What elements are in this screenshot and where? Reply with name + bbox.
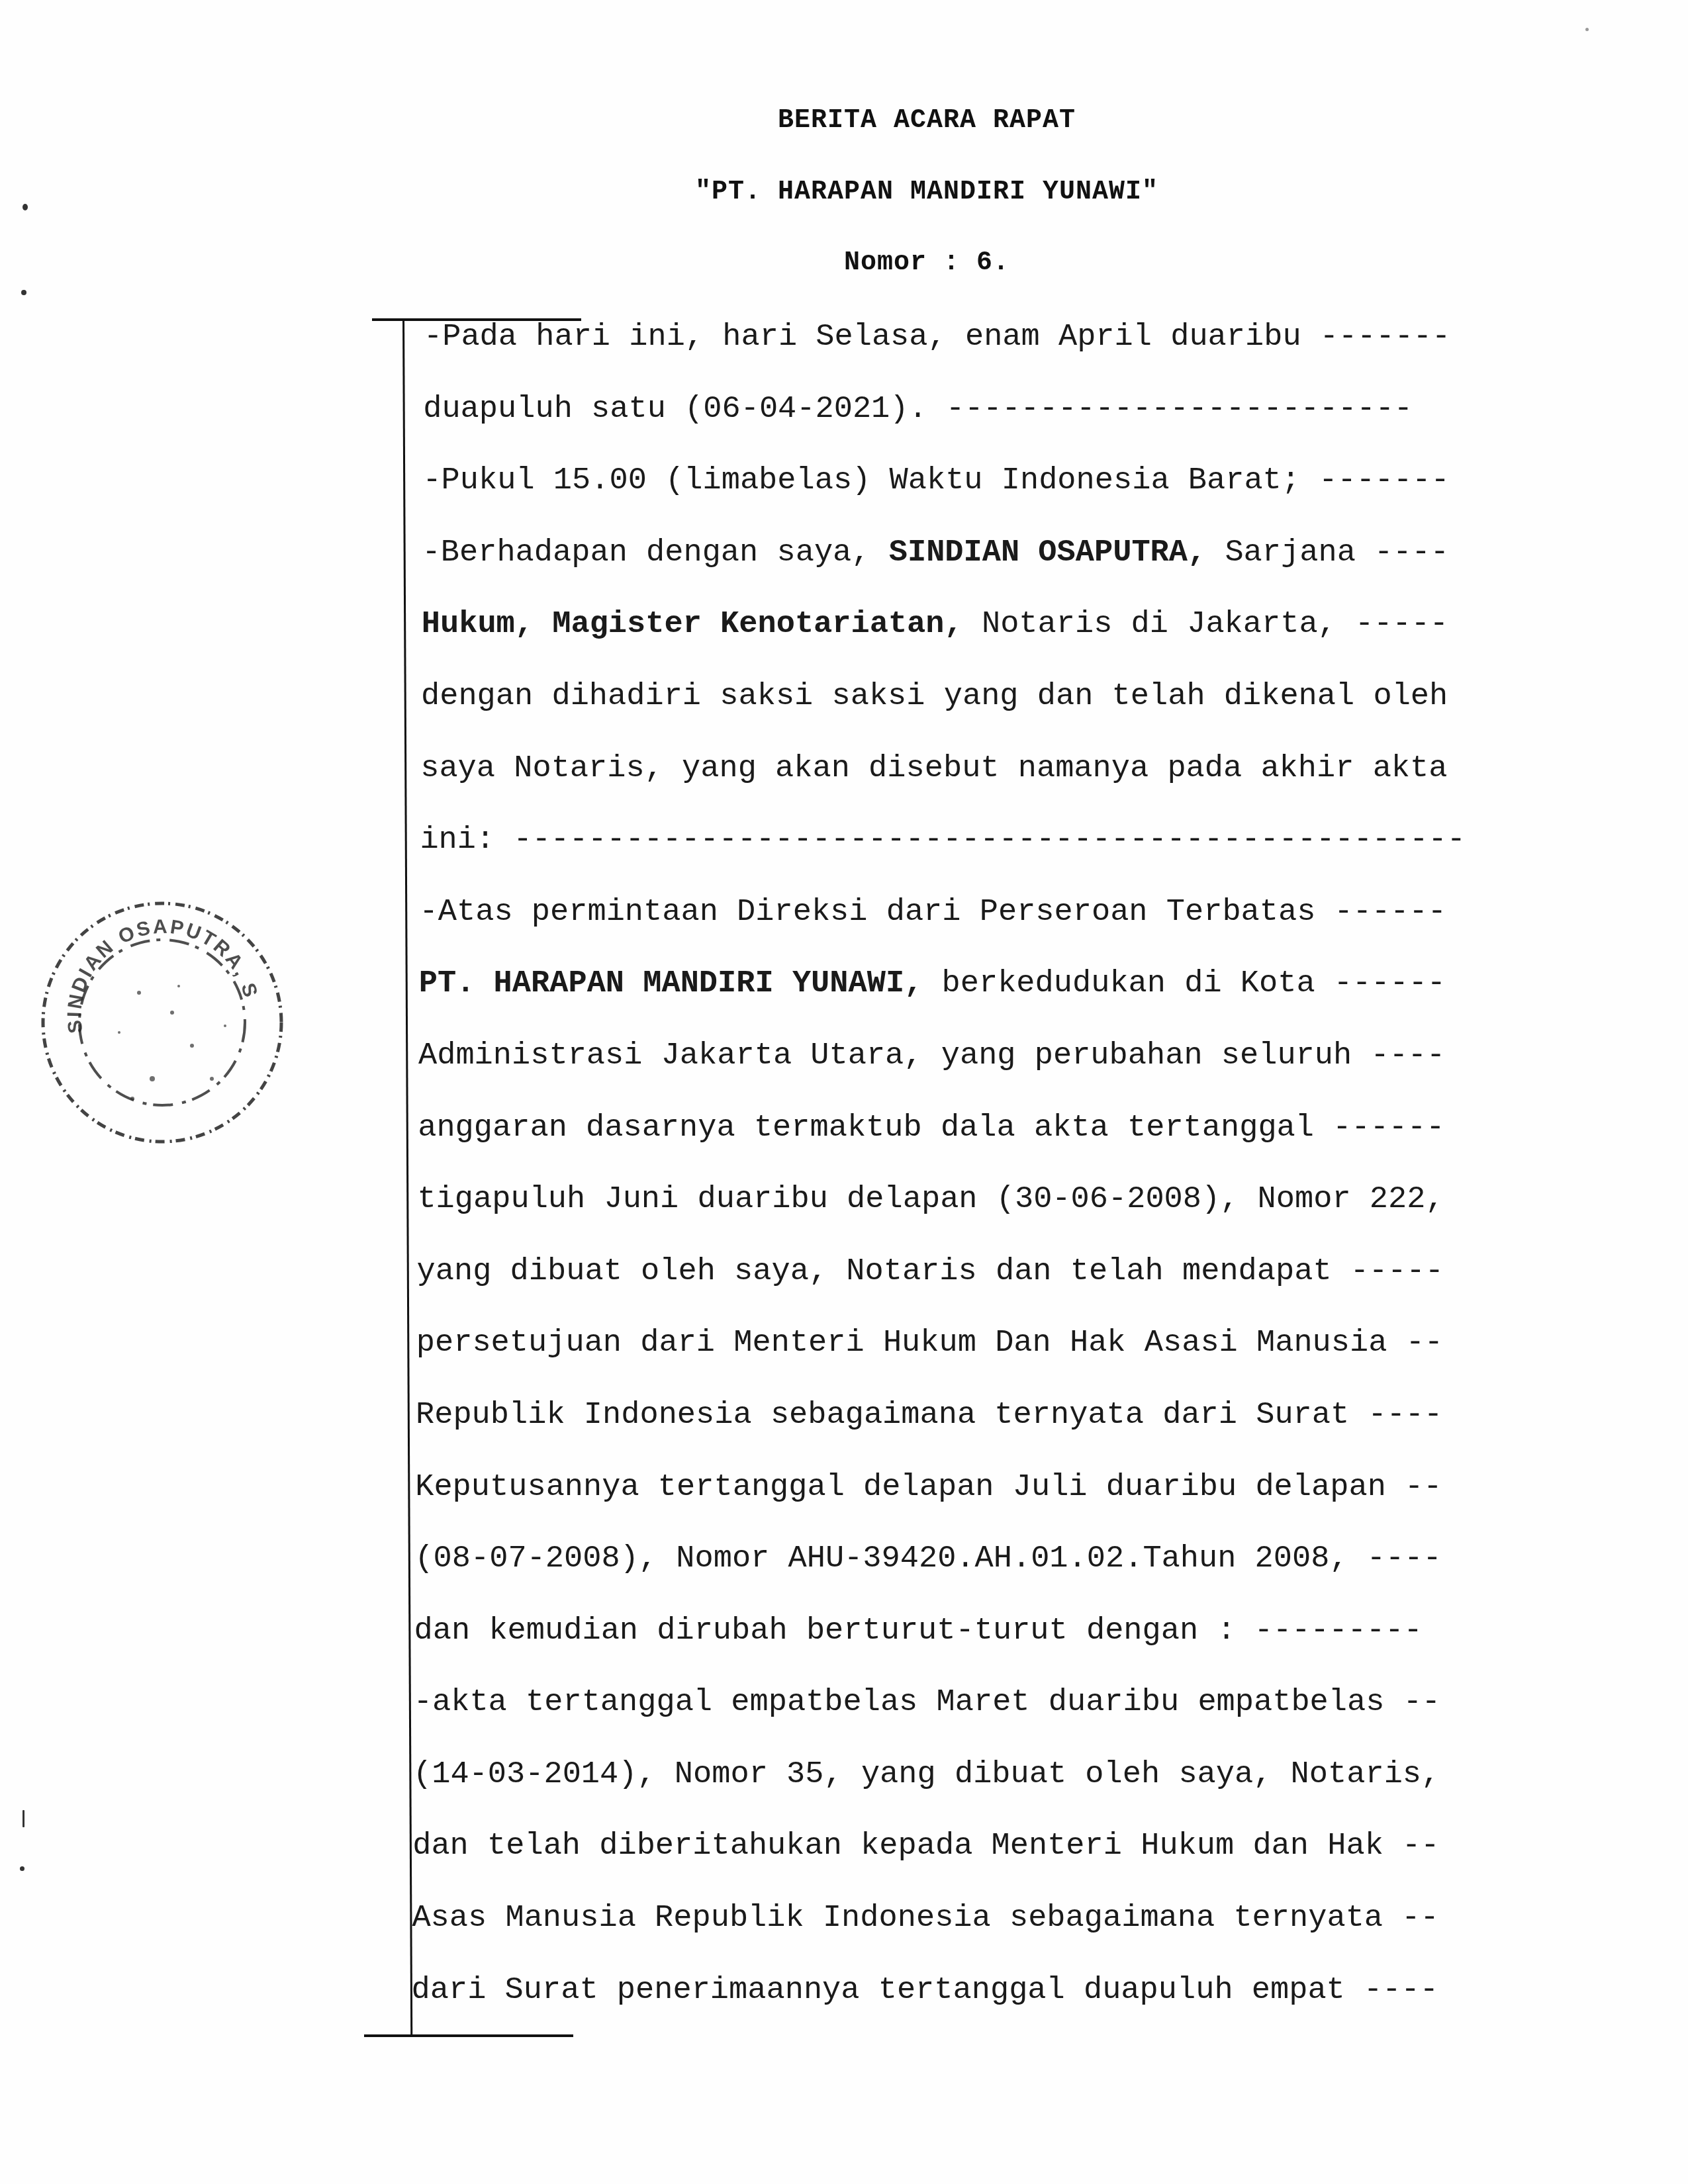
text-segment: -Pukul 15.00 (limabelas) Waktu Indonesia… bbox=[422, 463, 1449, 498]
stamp-text: SINDIAN OSAPUTRA, S.H., M.Kn. bbox=[20, 880, 262, 1034]
body-line: duapuluh satu (06-04-2021). ------------… bbox=[423, 383, 1548, 455]
body-line: tigapuluh Juni duaribu delapan (30-06-20… bbox=[417, 1173, 1542, 1246]
body-line: dan telah diberitahukan kepada Menteri H… bbox=[412, 1820, 1538, 1892]
scan-speck bbox=[20, 1866, 24, 1871]
scan-speck bbox=[1585, 28, 1589, 31]
body-line: -akta tertanggal empatbelas Maret duarib… bbox=[414, 1676, 1539, 1749]
text-segment: Notaris di Jakarta, ----- bbox=[963, 607, 1448, 642]
body-line: -Pukul 15.00 (limabelas) Waktu Indonesia… bbox=[422, 455, 1548, 527]
text-segment: persetujuan dari Menteri Hukum Dan Hak A… bbox=[416, 1326, 1443, 1361]
left-margin-line bbox=[402, 318, 412, 2036]
text-segment: -Pada hari ini, hari Selasa, enam April … bbox=[424, 320, 1450, 355]
scan-speck bbox=[21, 290, 26, 295]
body-line: Asas Manusia Republik Indonesia sebagaim… bbox=[412, 1892, 1537, 1964]
text-segment: (08-07-2008), Nomor AHU-39420.AH.01.02.T… bbox=[414, 1541, 1441, 1576]
text-segment: anggaran dasarnya termaktub dala akta te… bbox=[418, 1111, 1444, 1146]
text-segment: -Berhadapan dengan saya, bbox=[422, 535, 889, 570]
body-line: dan kemudian dirubah berturut-turut deng… bbox=[414, 1605, 1540, 1677]
text-segment: dari Surat penerimaannya tertanggal duap… bbox=[412, 1973, 1438, 2008]
text-segment: dan kemudian dirubah berturut-turut deng… bbox=[414, 1614, 1423, 1649]
body-line: anggaran dasarnya termaktub dala akta te… bbox=[418, 1102, 1543, 1174]
text-segment: tigapuluh Juni duaribu delapan (30-06-20… bbox=[417, 1182, 1444, 1217]
text-segment: Keputusannya tertanggal delapan Juli dua… bbox=[415, 1470, 1442, 1505]
body-line: -Pada hari ini, hari Selasa, enam April … bbox=[424, 311, 1549, 383]
text-segment: (14-03-2014), Nomor 35, yang dibuat oleh… bbox=[413, 1757, 1440, 1792]
body-line: ini: -----------------------------------… bbox=[420, 814, 1545, 886]
text-segment: ini: -----------------------------------… bbox=[420, 823, 1465, 858]
body-line: PT. HARAPAN MANDIRI YUNAWI, berkedudukan… bbox=[419, 958, 1544, 1030]
text-segment: saya Notaris, yang akan disebut namanya … bbox=[420, 751, 1447, 786]
bold-text: Hukum, Magister Kenotariatan, bbox=[422, 607, 963, 642]
body-line: Keputusannya tertanggal delapan Juli dua… bbox=[415, 1461, 1540, 1533]
document-body: -Pada hari ini, hari Selasa, enam April … bbox=[424, 311, 1549, 2036]
body-line: saya Notaris, yang akan disebut namanya … bbox=[420, 743, 1546, 815]
body-line: Republik Indonesia sebagaimana ternyata … bbox=[416, 1389, 1541, 1461]
text-segment: Administrasi Jakarta Utara, yang perubah… bbox=[418, 1038, 1445, 1073]
svg-text:SINDIAN OSAPUTRA, S.H., M.Kn.: SINDIAN OSAPUTRA, S.H., M.Kn. bbox=[20, 880, 262, 1034]
text-segment: -akta tertanggal empatbelas Maret duarib… bbox=[414, 1685, 1440, 1720]
document-page: BERITA ACARA RAPAT "PT. HARAPAN MANDIRI … bbox=[0, 0, 1688, 2184]
body-line: dengan dihadiri saksi saksi yang dan tel… bbox=[421, 670, 1546, 743]
body-line: Administrasi Jakarta Utara, yang perubah… bbox=[418, 1030, 1544, 1102]
body-line: (14-03-2014), Nomor 35, yang dibuat oleh… bbox=[413, 1749, 1538, 1821]
text-segment: dengan dihadiri saksi saksi yang dan tel… bbox=[421, 679, 1448, 714]
body-line: -Berhadapan dengan saya, SINDIAN OSAPUTR… bbox=[422, 527, 1548, 599]
body-line: dari Surat penerimaannya tertanggal duap… bbox=[412, 1964, 1537, 2036]
text-segment: yang dibuat oleh saya, Notaris dan telah… bbox=[417, 1254, 1444, 1289]
body-line: Hukum, Magister Kenotariatan, Notaris di… bbox=[422, 598, 1547, 670]
text-segment: Republik Indonesia sebagaimana ternyata … bbox=[416, 1398, 1442, 1433]
text-segment: duapuluh satu (06-04-2021). ------------… bbox=[423, 392, 1413, 427]
scan-speck bbox=[23, 1810, 24, 1827]
bold-text: SINDIAN OSAPUTRA, bbox=[889, 535, 1206, 570]
company-name: "PT. HARAPAN MANDIRI YUNAWI" bbox=[0, 177, 1688, 207]
document-number: Nomor : 6. bbox=[0, 248, 1688, 278]
body-line: (08-07-2008), Nomor AHU-39420.AH.01.02.T… bbox=[414, 1533, 1540, 1605]
document-title: BERITA ACARA RAPAT bbox=[0, 106, 1688, 136]
text-segment: berkedudukan di Kota ------ bbox=[923, 966, 1446, 1001]
body-line: -Atas permintaan Direksi dari Perseroan … bbox=[420, 886, 1545, 958]
text-segment: Sarjana ---- bbox=[1206, 535, 1449, 570]
text-segment: dan telah diberitahukan kepada Menteri H… bbox=[412, 1829, 1439, 1864]
bold-text: PT. HARAPAN MANDIRI YUNAWI, bbox=[419, 966, 923, 1001]
scan-speck bbox=[23, 204, 28, 210]
notary-seal-icon: SINDIAN OSAPUTRA, S.H., M.Kn. bbox=[20, 880, 311, 1158]
text-segment: -Atas permintaan Direksi dari Perseroan … bbox=[420, 895, 1446, 930]
body-line: persetujuan dari Menteri Hukum Dan Hak A… bbox=[416, 1317, 1542, 1389]
text-segment: Asas Manusia Republik Indonesia sebagaim… bbox=[412, 1901, 1438, 1936]
body-line: yang dibuat oleh saya, Notaris dan telah… bbox=[417, 1246, 1542, 1318]
